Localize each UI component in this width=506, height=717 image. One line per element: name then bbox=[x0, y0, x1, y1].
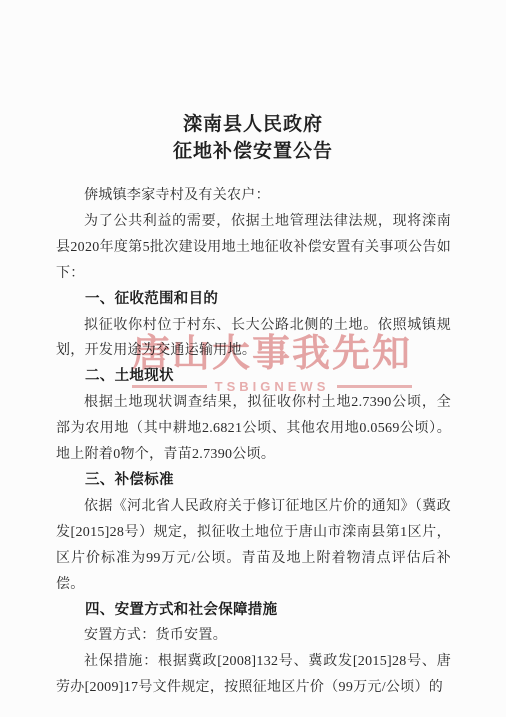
salutation: 倴城镇李家寺村及有关农户： bbox=[56, 183, 451, 209]
section-4-paragraph-2: 社保措施：根据冀政[2008]132号、冀政发[2015]28号、唐劳办[200… bbox=[56, 649, 451, 701]
document-page: 滦南县人民政府 征地补偿安置公告 倴城镇李家寺村及有关农户： 为了公共利益的需要… bbox=[0, 0, 506, 717]
document-title-block: 滦南县人民政府 征地补偿安置公告 bbox=[0, 0, 506, 165]
document-body: 倴城镇李家寺村及有关农户： 为了公共利益的需要，依据土地管理法律法规，现将滦南县… bbox=[56, 183, 451, 701]
document-title-line2: 征地补偿安置公告 bbox=[0, 138, 506, 165]
section-2-heading: 二、土地现状 bbox=[56, 364, 451, 390]
section-3-paragraph: 依据《河北省人民政府关于修订征地区片价的通知》（冀政发[2015]28号）规定，… bbox=[56, 494, 451, 598]
section-4-heading: 四、安置方式和社会保障措施 bbox=[56, 598, 451, 624]
section-3-heading: 三、补偿标准 bbox=[56, 468, 451, 494]
section-1-heading: 一、征收范围和目的 bbox=[56, 287, 451, 313]
section-4-paragraph-1: 安置方式：货币安置。 bbox=[56, 623, 451, 649]
section-1-paragraph: 拟征收你村位于村东、长大公路北侧的土地。依照城镇规划，开发用途为交通运输用地。 bbox=[56, 313, 451, 365]
document-title-line1: 滦南县人民政府 bbox=[0, 111, 506, 138]
intro-paragraph: 为了公共利益的需要，依据土地管理法律法规，现将滦南县2020年度第5批次建设用地… bbox=[56, 209, 451, 287]
section-2-paragraph: 根据土地现状调查结果，拟征收你村土地2.7390公顷，全部为农用地（其中耕地2.… bbox=[56, 390, 451, 468]
